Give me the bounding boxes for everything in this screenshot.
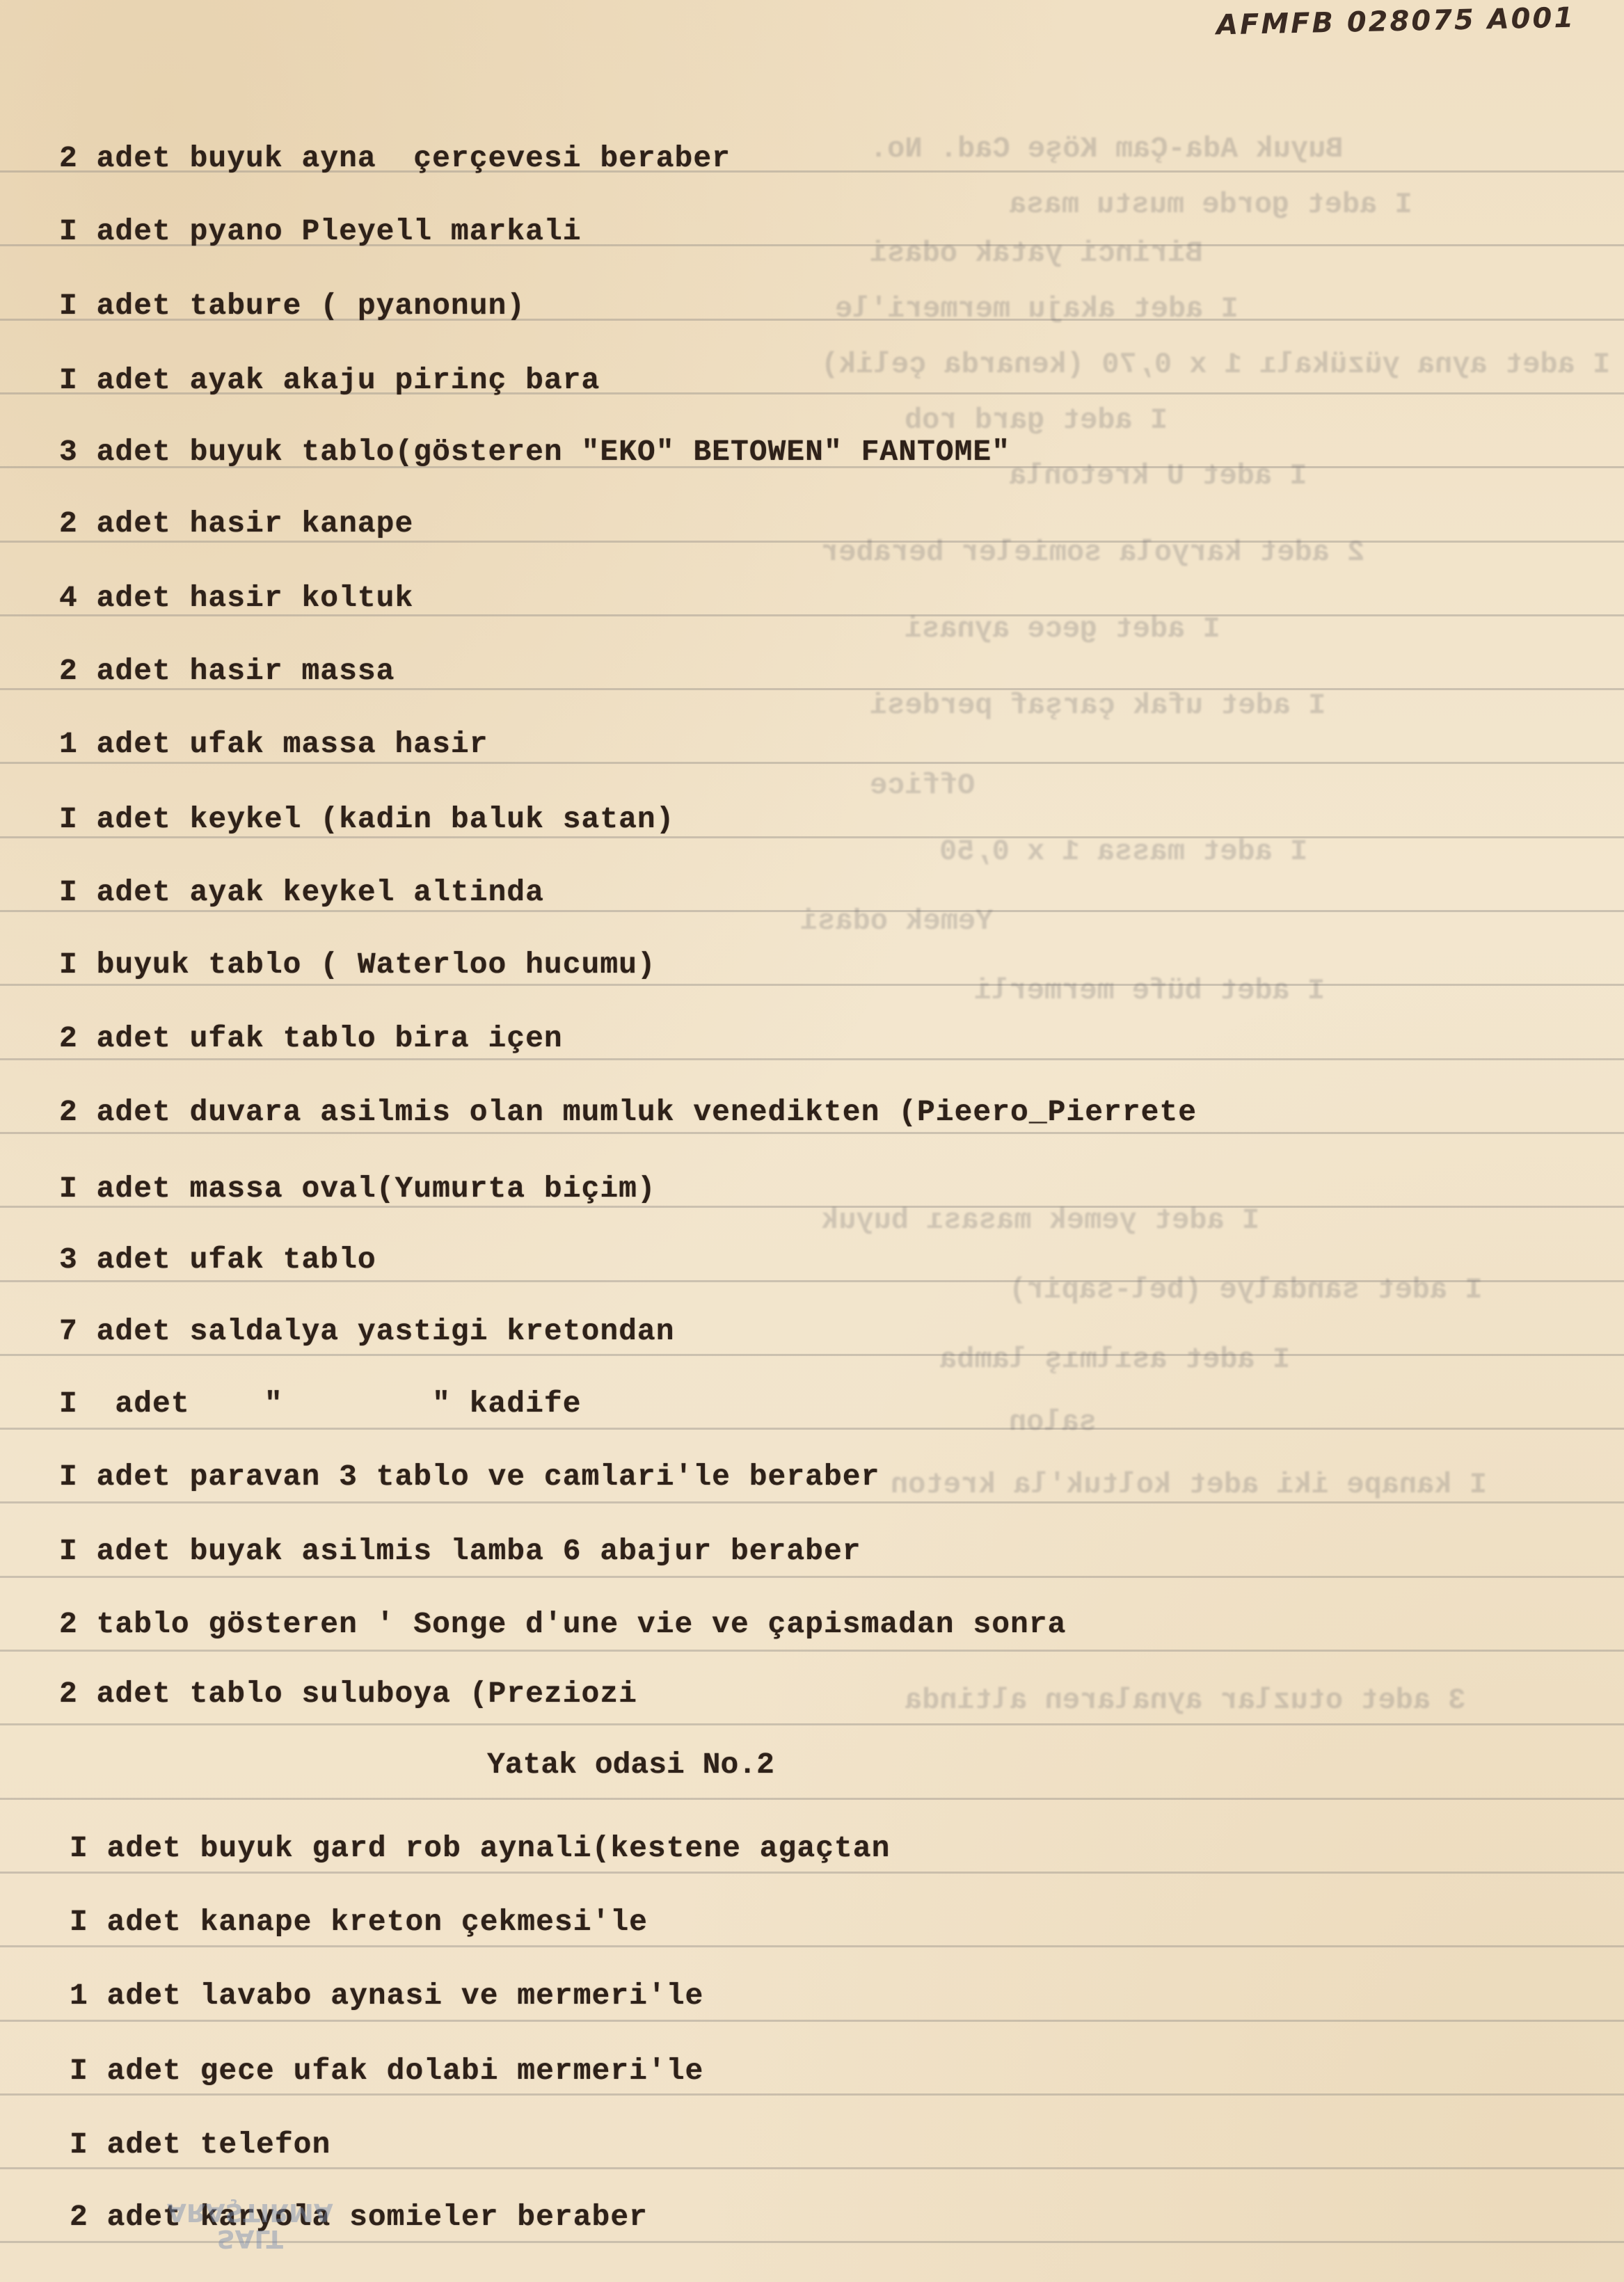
ruled-line — [0, 836, 1624, 838]
inventory-line: I adet ayak keykel altinda — [59, 875, 544, 909]
ruled-line — [0, 1428, 1624, 1430]
inventory-line: 2 adet karyola somieler beraber — [70, 2200, 648, 2234]
inventory-line: I adet telefon — [70, 2128, 331, 2162]
ruled-line — [0, 1206, 1624, 1208]
inventory-line: I buyuk tablo ( Waterloo hucumu) — [59, 948, 656, 982]
stamp-line: ARAŞTIRMA — [167, 2199, 333, 2225]
bleed-through-line: Buyuk Ada-Çam Köşe Cad. No. — [870, 132, 1344, 166]
ruled-line — [0, 1945, 1624, 1947]
inventory-line: 2 adet duvara asilmis olan mumluk venedi… — [59, 1095, 1197, 1129]
ruled-line — [0, 688, 1624, 690]
stamp-line: SALT — [167, 2225, 333, 2251]
bleed-through-line: I adet büfe mermerli — [974, 974, 1325, 1007]
ruled-line — [0, 1576, 1624, 1578]
inventory-line: I adet keykel (kadin baluk satan) — [59, 802, 675, 836]
inventory-line: I adet " " kadife — [59, 1387, 582, 1421]
section-heading-bedroom-2: Yatak odasi No.2 — [487, 1748, 774, 1782]
ruled-line — [0, 2167, 1624, 2169]
ruled-line — [0, 1058, 1624, 1060]
ruled-line — [0, 2020, 1624, 2022]
inventory-line: 1 adet lavabo aynasi ve mermeri'le — [70, 1979, 703, 2013]
inventory-line: 3 adet buyuk tablo(gösteren "EKO" BETOWE… — [59, 435, 1010, 469]
bleed-through-line: 2 adet karyola somieler beraber — [821, 536, 1364, 569]
bleed-through-line: I adet gece aynasi — [905, 612, 1220, 646]
archive-stamp: SALT ARAŞTIRMA — [167, 2199, 333, 2251]
inventory-line: 4 adet hasir koltuk — [59, 581, 413, 615]
ruled-line — [0, 1501, 1624, 1503]
bleed-through-line: salon — [1009, 1405, 1097, 1439]
inventory-line: 2 adet hasir kanape — [59, 506, 413, 541]
ruled-line — [0, 762, 1624, 764]
bleed-through-line: I adet gorde mustu masa — [1009, 188, 1412, 221]
bleed-through-line: I adet ayna yüzükalı 1 x 0,70 (kenarda ç… — [821, 348, 1610, 381]
inventory-line: 2 adet ufak tablo bira içen — [59, 1021, 563, 1055]
bleed-through-line: 3 adet otuzlar aynalaren altinda — [905, 1684, 1466, 1717]
inventory-line: I adet massa oval(Yumurta biçim) — [59, 1172, 656, 1206]
ruled-line — [0, 984, 1624, 986]
ruled-line — [0, 1798, 1624, 1800]
inventory-line: 2 adet tablo suluboya (Preziozi — [59, 1677, 637, 1711]
inventory-line: 2 adet buyuk ayna çerçevesi beraber — [59, 141, 731, 175]
inventory-line: I adet buyak asilmis lamba 6 abajur bera… — [59, 1534, 861, 1568]
ruled-line — [0, 1872, 1624, 1874]
inventory-line: 3 adet ufak tablo — [59, 1243, 376, 1277]
inventory-line: I adet kanape kreton çekmesi'le — [70, 1905, 648, 1939]
bleed-through-line: I adet gard rob — [905, 404, 1168, 437]
bleed-through-line: Birinci yatak odasi — [870, 237, 1203, 270]
ruled-line — [0, 1723, 1624, 1725]
inventory-line: I adet gece ufak dolabi mermeri'le — [70, 2054, 703, 2088]
bleed-through-line: I adet yemek masası buyuk — [821, 1204, 1259, 1237]
ruled-line — [0, 2093, 1624, 2096]
ruled-line — [0, 1132, 1624, 1134]
bleed-through-line: Office — [870, 769, 975, 802]
bleed-through-line: Yemek odasi — [800, 904, 993, 938]
ruled-line — [0, 1354, 1624, 1356]
bleed-through-line: I kanape iki adet koltuk'la kreton — [891, 1468, 1487, 1501]
inventory-line: I adet paravan 3 tablo ve camlari'le ber… — [59, 1460, 879, 1494]
bleed-through-line: I adet asılmış lamba — [939, 1343, 1290, 1376]
paper-background — [0, 0, 1624, 2282]
inventory-line: I adet tabure ( pyanonun) — [59, 289, 525, 323]
bleed-through-line: I adet ufak çarşaf perdesi — [870, 689, 1326, 722]
inventory-line: I adet ayak akaju pirinç bara — [59, 363, 600, 397]
inventory-line: I adet pyano Pleyell markali — [59, 214, 582, 248]
ruled-line — [0, 1650, 1624, 1652]
inventory-line: I adet buyuk gard rob aynali(kestene aga… — [70, 1831, 890, 1865]
bleed-through-line: I adet akaju mermeri'le — [835, 292, 1239, 326]
bleed-through-line: I adet sandalye (bel-sapir) — [1009, 1273, 1483, 1307]
inventory-line: 7 adet saldalya yastigi kretondan — [59, 1314, 675, 1348]
inventory-line: 2 tablo gösteren ' Songe d'une vie ve ça… — [59, 1607, 1066, 1641]
inventory-line: 2 adet hasir massa — [59, 654, 395, 688]
bleed-through-line: I adet U kretonla — [1009, 459, 1307, 493]
ruled-line — [0, 541, 1624, 543]
bleed-through-line: I adet massa 1 x 0,50 — [939, 835, 1307, 868]
inventory-line: 1 adet ufak massa hasir — [59, 727, 488, 761]
